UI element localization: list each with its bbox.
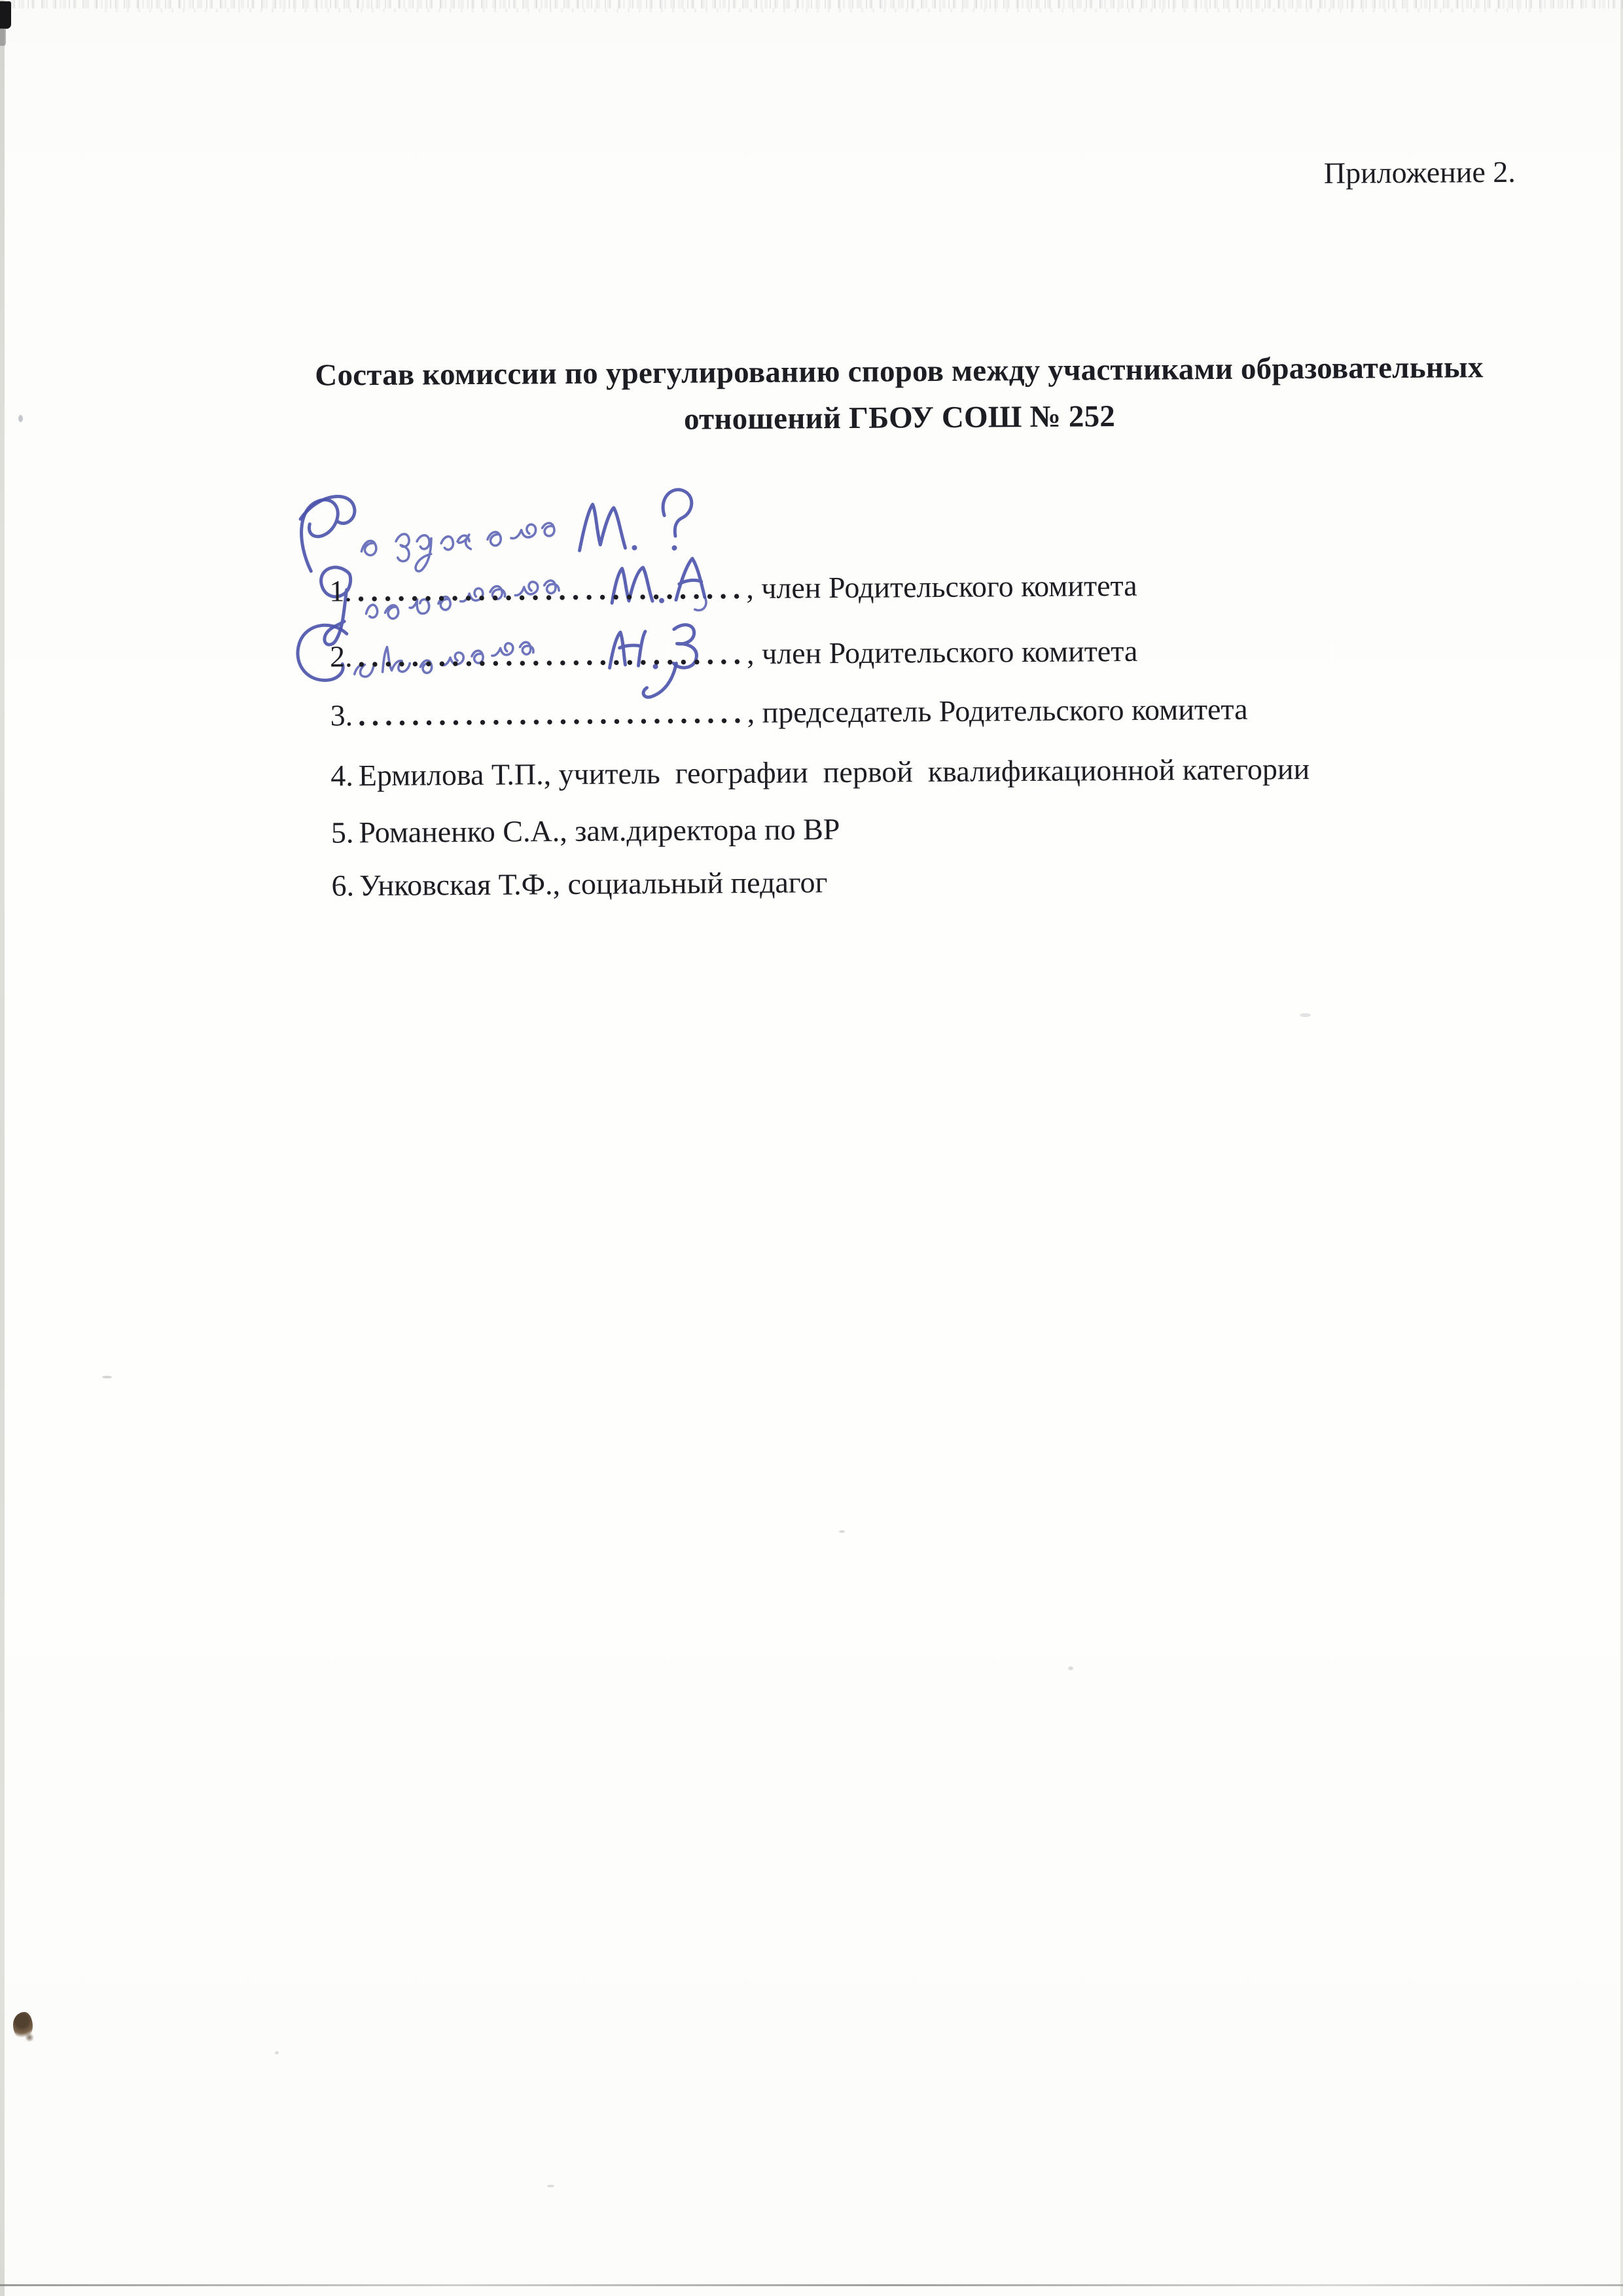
document-content: Приложение 2. Состав комиссии по урегули… [0,0,1623,2296]
appendix-label: Приложение 2. [1324,154,1516,190]
scanned-document-page: Приложение 2. Состав комиссии по урегули… [0,0,1623,2296]
item-number: 6. [331,869,354,902]
title-line-2: отношений ГБОУ СОШ № 252 [268,391,1530,446]
document-title: Состав комиссии по урегулированию споров… [268,344,1531,446]
member-text: Унковская Т.Ф., социальный педагог [359,865,828,902]
item-number: 1. [329,574,352,607]
title-line-1: Состав комиссии по урегулированию споров… [268,344,1530,399]
member-row: 6.Унковская Т.Ф., социальный педагог [286,830,828,938]
